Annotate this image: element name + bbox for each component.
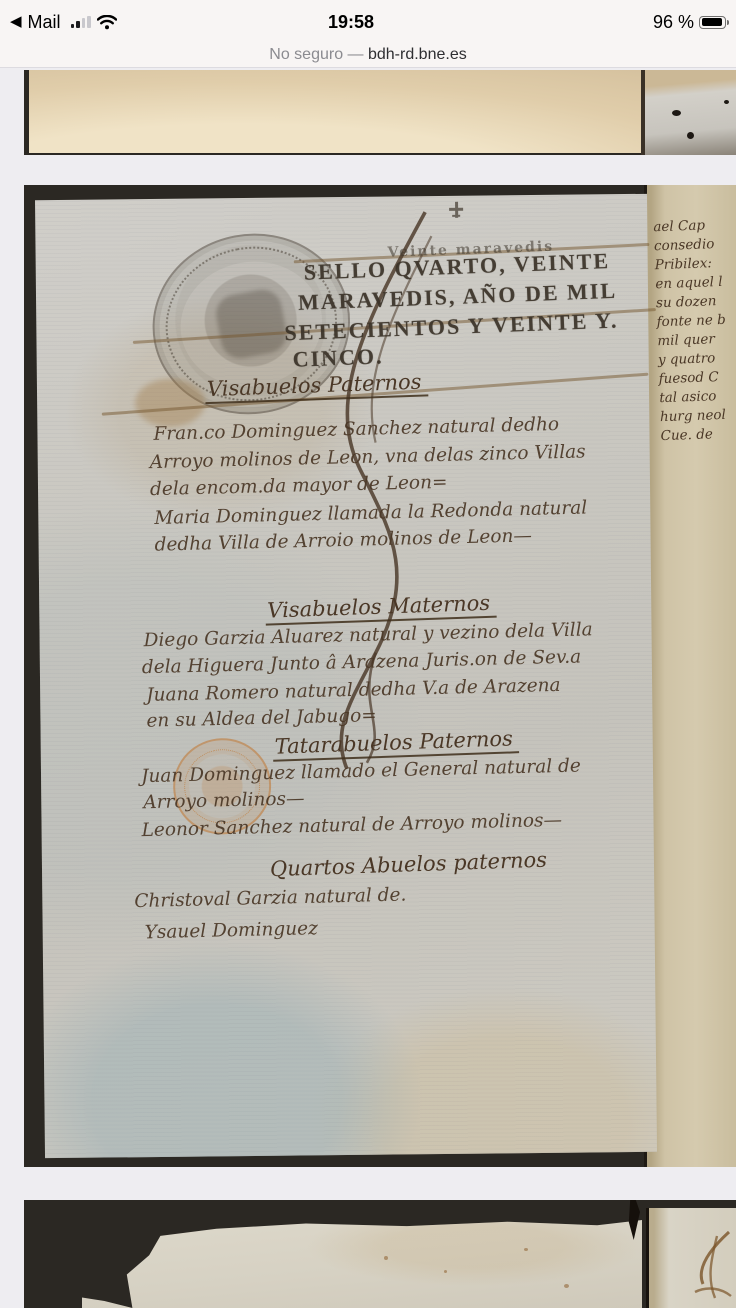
status-bar: ◀ Mail 19:58 96 % <box>0 0 736 44</box>
margin-text-block: ael Cap consedio Pribilex: en aquel l su… <box>653 216 730 446</box>
paper-speck <box>384 1256 388 1260</box>
facing-page-edge: ael Cap consedio Pribilex: en aquel l su… <box>644 185 736 1167</box>
back-chevron-icon: ◀ <box>10 12 22 30</box>
ink-blot <box>724 100 729 104</box>
facing-page-strip-top <box>641 70 736 155</box>
margin-text-line: mil quer <box>657 330 727 351</box>
margin-text-line: Pribilex: <box>654 254 724 275</box>
margin-text-line: consedio <box>654 235 724 256</box>
back-to-app[interactable]: ◀ Mail <box>10 0 117 44</box>
section-heading: Quartos Abuelos paternos <box>268 847 554 882</box>
wifi-icon <box>97 15 117 30</box>
manuscript-page: Veinte maravedis SELLO QVARTO, VEINTE MA… <box>35 194 657 1158</box>
url-bar[interactable]: No seguro — bdh-rd.bne.es <box>0 44 736 68</box>
margin-text-line: Cue. de <box>660 425 730 446</box>
scan-strip-top[interactable] <box>24 70 736 155</box>
paper-speck <box>564 1284 569 1288</box>
manuscript-line: Ysauel Dominguez <box>144 918 318 943</box>
manuscript-line: Arroyo molinos— <box>143 788 305 813</box>
paper-speck <box>444 1270 447 1273</box>
clock: 19:58 <box>328 0 374 44</box>
back-app-label: Mail <box>28 12 61 33</box>
cellular-signal-icon <box>71 16 91 28</box>
margin-text-line: hurg neol <box>660 406 730 427</box>
margin-text-line: tal asico <box>659 387 729 408</box>
margin-text-line: y quatro <box>658 349 728 370</box>
margin-text-line: fuesod C <box>658 368 728 389</box>
battery-indicator: 96 % <box>653 0 726 44</box>
battery-percent-label: 96 % <box>653 12 694 33</box>
margin-text-line: ael Cap <box>653 216 723 237</box>
manuscript-scan[interactable]: ael Cap consedio Pribilex: en aquel l su… <box>24 185 736 1167</box>
manuscript-line: Christoval Garzia natural de. <box>134 884 406 912</box>
margin-text-line: su dozen <box>656 292 726 313</box>
ink-blot <box>672 110 681 116</box>
calligraphy-flourish <box>677 1226 736 1306</box>
margin-text-line: en aquel l <box>655 273 725 294</box>
ink-blot <box>687 132 694 139</box>
facing-page-strip-bottom <box>646 1208 736 1308</box>
margin-text-line: fonte ne b <box>656 311 726 332</box>
next-leaf-paper <box>82 1220 642 1308</box>
previous-leaf-paper <box>29 70 641 153</box>
battery-icon <box>699 16 726 29</box>
ios-chrome: ◀ Mail 19:58 96 % No <box>0 0 736 68</box>
tax-stamp-text: CINCO. <box>292 343 384 372</box>
paper-speck <box>524 1248 528 1251</box>
security-label: No seguro — <box>269 46 368 63</box>
scan-strip-bottom[interactable] <box>24 1200 736 1308</box>
domain-label: bdh-rd.bne.es <box>368 46 467 63</box>
